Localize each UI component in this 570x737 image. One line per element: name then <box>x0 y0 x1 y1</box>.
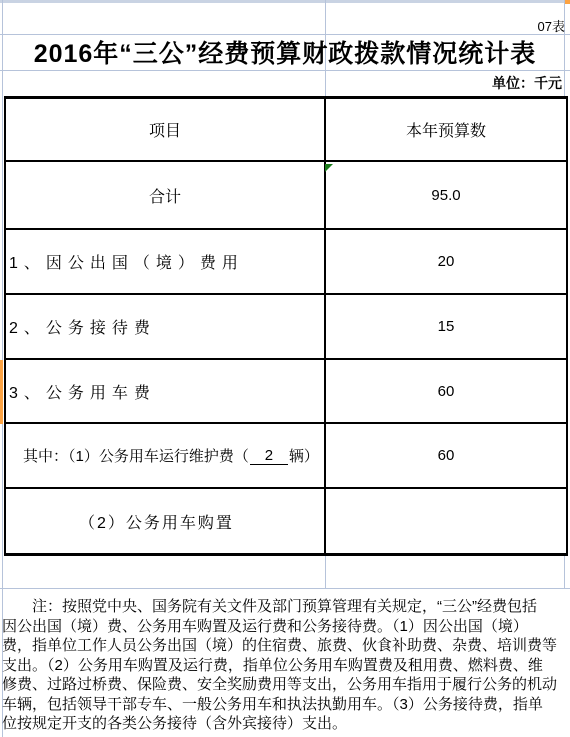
gridline-vertical <box>325 556 326 588</box>
table-row-reception: 2、公务接待费 15 <box>6 295 566 360</box>
table-number-label: 07表 <box>538 16 565 35</box>
table-header-row: 项目 本年预算数 <box>6 99 566 162</box>
page-title: 2016年“三公”经费预算财政拨款情况统计表 <box>0 34 570 70</box>
row-value-cell[interactable]: 20 <box>326 230 566 293</box>
table-row-total: 合计 95.0 <box>6 162 566 230</box>
row-value-cell[interactable]: 60 <box>326 424 566 487</box>
footnote-line: 位按规定开支的各类公务接待（含外宾接待）支出。 <box>2 714 568 734</box>
header-item-cell[interactable]: 项目 <box>6 99 326 160</box>
cell-error-indicator-icon <box>325 164 333 172</box>
row-value-cell[interactable]: 60 <box>326 360 566 422</box>
footnote-line: 注：按照党中央、国务院有关文件及部门预算管理有关规定，“三公”经费包括 <box>2 597 568 617</box>
gridline-horizontal <box>0 70 570 71</box>
orange-row-highlight <box>0 360 3 424</box>
row-value-cell[interactable]: 95.0 <box>326 162 566 228</box>
table-row-vehicle-maintenance: 其中：（1）公务用车运行维护费（ 2 辆） 60 <box>6 424 566 489</box>
row-label-cell[interactable]: 其中：（1）公务用车运行维护费（ 2 辆） <box>6 424 326 487</box>
gridline-top-band <box>0 0 570 3</box>
footnote-line: 支出。（2）公务用车购置及运行费，指单位公务用车购置费及租用费、燃料费、维 <box>2 656 568 676</box>
header-budget-cell[interactable]: 本年预算数 <box>326 99 566 160</box>
table-row-vehicle-purchase: （2）公务用车购置 <box>6 489 566 553</box>
gridline-vertical <box>564 556 565 588</box>
row-value-cell[interactable] <box>326 489 566 553</box>
footnote: 注：按照党中央、国务院有关文件及部门预算管理有关规定，“三公”经费包括 因公出国… <box>2 597 568 734</box>
row-label-cell[interactable]: 2、公务接待费 <box>6 295 326 358</box>
label-suffix: 辆） <box>289 445 319 466</box>
footnote-line: 费，指单位工作人员公务出国（境）的住宿费、旅费、伙食补助费、杂费、培训费等 <box>2 636 568 656</box>
row-label-cell[interactable]: 合计 <box>6 162 326 228</box>
footnote-line: 车辆，包括领导干部专车、一般公务用车和执法执勤用车。（3）公务接待费，指单 <box>2 695 568 715</box>
row-label-cell[interactable]: （2）公务用车购置 <box>6 489 326 553</box>
footnote-line: 修费、过路过桥费、保险费、安全奖励费用等支出，公务用车指用于履行公务的机动 <box>2 675 568 695</box>
vehicle-count-underline: 2 <box>250 447 288 465</box>
row-label-cell[interactable]: 3、公务用车费 <box>6 360 326 422</box>
table-row-vehicle: 3、公务用车费 60 <box>6 360 566 424</box>
orange-corner-mark <box>565 0 570 4</box>
row-label-cell[interactable]: 1、因公出国（境）费用 <box>6 230 326 293</box>
label-prefix: 其中：（1）公务用车运行维护费（ <box>23 445 249 466</box>
table-row-abroad: 1、因公出国（境）费用 20 <box>6 230 566 295</box>
footnote-line: 因公出国（境）费、公务用车购置及运行费和公务接待费。（1）因公出国（境） <box>2 617 568 637</box>
spreadsheet-canvas: 07表 2016年“三公”经费预算财政拨款情况统计表 单位：千元 项目 本年预算… <box>0 0 570 737</box>
gridline-horizontal <box>0 588 570 589</box>
budget-table: 项目 本年预算数 合计 95.0 1、因公出国（境）费用 20 2、公务接待费 … <box>4 96 568 556</box>
unit-label: 单位：千元 <box>492 73 562 93</box>
row-value-cell[interactable]: 15 <box>326 295 566 358</box>
